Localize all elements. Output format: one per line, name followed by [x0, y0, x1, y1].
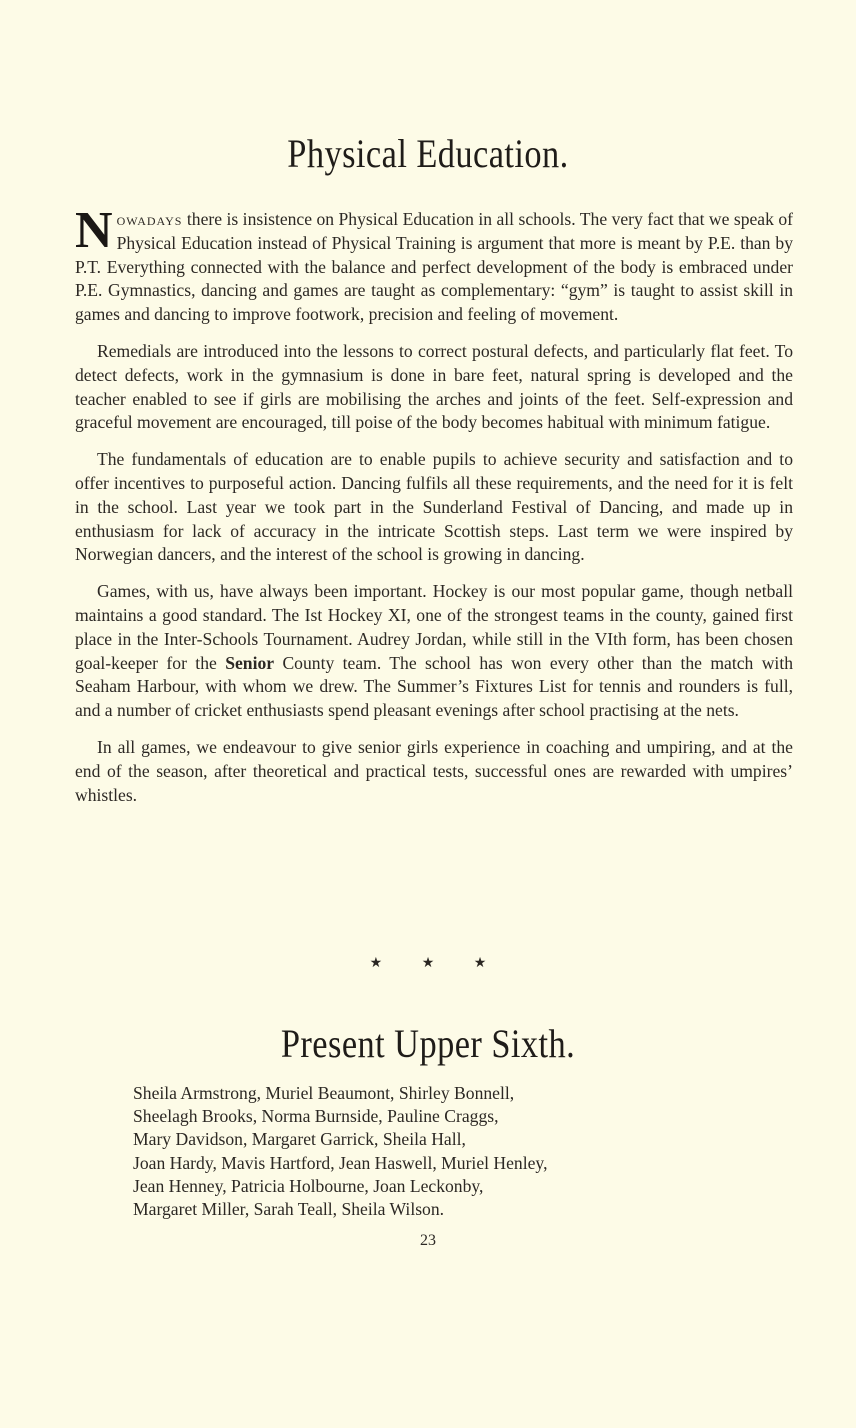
- upper-sixth-title: Present Upper Sixth.: [60, 1020, 796, 1067]
- paragraph-intro: Nowadays there is insistence on Physical…: [75, 208, 793, 327]
- paragraph-intro-text: there is insistence on Physical Educatio…: [75, 209, 793, 324]
- bold-senior: Senior: [225, 653, 274, 673]
- document-page: Physical Education. Nowadays there is in…: [0, 0, 856, 1428]
- name-line: Jean Henney, Patricia Holbourne, Joan Le…: [133, 1175, 547, 1198]
- paragraph-fundamentals: The fundamentals of education are to ena…: [75, 448, 793, 567]
- name-line: Sheila Armstrong, Muriel Beaumont, Shirl…: [133, 1082, 547, 1105]
- opening-word-smallcaps: owadays: [117, 209, 183, 229]
- name-line: Margaret Miller, Sarah Teall, Sheila Wil…: [133, 1198, 547, 1221]
- paragraph-coaching: In all games, we endeavour to give senio…: [75, 736, 793, 807]
- name-line: Joan Hardy, Mavis Hartford, Jean Haswell…: [133, 1152, 547, 1175]
- star-icon: ★: [370, 955, 383, 972]
- page-number: 23: [0, 1232, 856, 1250]
- star-icon: ★: [474, 955, 487, 972]
- name-line: Sheelagh Brooks, Norma Burnside, Pauline…: [133, 1105, 547, 1128]
- name-line: Mary Davidson, Margaret Garrick, Sheila …: [133, 1128, 547, 1151]
- drop-cap-letter: N: [75, 211, 113, 251]
- physical-education-body: Nowadays there is insistence on Physical…: [75, 208, 793, 820]
- star-icon: ★: [422, 955, 435, 972]
- paragraph-remedials: Remedials are introduced into the lesson…: [75, 340, 793, 435]
- paragraph-games: Games, with us, have always been importa…: [75, 580, 793, 723]
- physical-education-title: Physical Education.: [60, 130, 796, 177]
- upper-sixth-name-list: Sheila Armstrong, Muriel Beaumont, Shirl…: [133, 1082, 547, 1221]
- section-separator: ★ ★ ★: [0, 955, 856, 972]
